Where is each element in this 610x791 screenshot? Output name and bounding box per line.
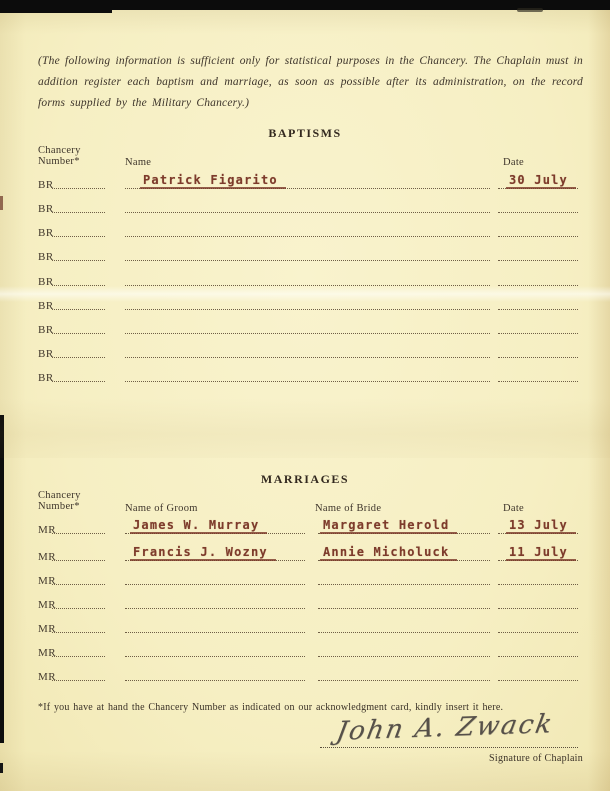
- row-prefix: BR: [38, 300, 54, 312]
- name-line: [125, 260, 490, 261]
- name-line: [125, 285, 490, 286]
- date-line: [498, 584, 578, 585]
- groom-line: [125, 680, 305, 681]
- groom-line: [125, 632, 305, 633]
- name-line: [125, 236, 490, 237]
- date-line: [498, 309, 578, 310]
- name-line: [125, 381, 490, 382]
- baptisms-title: BAPTISMS: [0, 126, 610, 141]
- signature-label: Signature of Chaplain: [489, 753, 583, 764]
- groom-name-value: Francis J. Wozny: [130, 545, 276, 561]
- name-line: [125, 333, 490, 334]
- marriage-row: MR Francis J. Wozny Annie Micholuck 11 J…: [0, 546, 610, 564]
- date-line: [498, 656, 578, 657]
- chancery-number-line: [52, 309, 105, 310]
- date-line: [498, 632, 578, 633]
- marriages-chancery-number-header: Chancery Number*: [38, 490, 81, 512]
- date-line: [498, 285, 578, 286]
- groom-line: [125, 584, 305, 585]
- baptism-row: BR: [0, 246, 610, 264]
- row-prefix: BR: [38, 203, 54, 215]
- row-prefix: BR: [38, 324, 54, 336]
- marriage-row: MR James W. Murray Margaret Herold 13 Ju…: [0, 519, 610, 537]
- marriage-row: MR: [0, 618, 610, 636]
- signature-line: [320, 729, 578, 748]
- bride-line: [318, 680, 490, 681]
- marriages-groom-header: Name of Groom: [125, 503, 198, 514]
- chancery-number-line: [52, 680, 105, 681]
- date-line: [498, 260, 578, 261]
- baptism-date-value: 30 July: [506, 173, 576, 189]
- row-prefix: MR: [38, 575, 56, 587]
- date-line: [498, 212, 578, 213]
- row-prefix: MR: [38, 551, 56, 563]
- date-line: [498, 680, 578, 681]
- chancery-header-line1: Chancery: [38, 145, 81, 156]
- marriages-date-header: Date: [503, 503, 524, 514]
- row-prefix: BR: [38, 227, 54, 239]
- date-line: [498, 381, 578, 382]
- chancery-header-line2: Number*: [38, 156, 81, 167]
- chancery-number-line: [52, 260, 105, 261]
- groom-line: [125, 608, 305, 609]
- scanner-left-edge-mark: [0, 763, 3, 773]
- baptisms-date-header: Date: [503, 157, 524, 168]
- chancery-number-line: [52, 632, 105, 633]
- row-prefix: BR: [38, 179, 54, 191]
- scanner-top-bar-left: [0, 0, 112, 13]
- chancery-number-line: [52, 656, 105, 657]
- bride-line: [318, 632, 490, 633]
- row-prefix: BR: [38, 348, 54, 360]
- row-prefix: MR: [38, 671, 56, 683]
- row-prefix: MR: [38, 623, 56, 635]
- marriage-date-value: 11 July: [506, 545, 576, 561]
- baptism-row: BR: [0, 295, 610, 313]
- chancery-number-line: [52, 560, 105, 561]
- date-line: [498, 333, 578, 334]
- chancery-header-line2: Number*: [38, 501, 81, 512]
- bride-line: [318, 608, 490, 609]
- chancery-number-line: [52, 333, 105, 334]
- chancery-number-line: [52, 608, 105, 609]
- row-prefix: MR: [38, 647, 56, 659]
- chancery-number-line: [52, 584, 105, 585]
- chancery-number-line: [52, 212, 105, 213]
- name-line: [125, 309, 490, 310]
- chancery-number-line: [52, 357, 105, 358]
- date-line: [498, 608, 578, 609]
- baptism-row: BR: [0, 367, 610, 385]
- chancery-number-line: [52, 236, 105, 237]
- chancery-number-footnote: *If you have at hand the Chancery Number…: [38, 702, 503, 713]
- date-line: [498, 357, 578, 358]
- row-prefix: MR: [38, 524, 56, 536]
- name-line: [125, 357, 490, 358]
- marriages-title: MARRIAGES: [0, 472, 610, 487]
- scan-smudge: [517, 8, 543, 12]
- chancery-number-line: [52, 188, 105, 189]
- bride-name-value: Margaret Herold: [320, 518, 457, 534]
- bride-name-value: Annie Micholuck: [320, 545, 457, 561]
- baptism-row: BR: [0, 343, 610, 361]
- marriages-bride-header: Name of Bride: [315, 503, 381, 514]
- baptism-name-value: Patrick Figarito: [140, 173, 286, 189]
- baptisms-name-header: Name: [125, 157, 151, 168]
- marriage-row: MR: [0, 594, 610, 612]
- date-line: [498, 236, 578, 237]
- groom-name-value: James W. Murray: [130, 518, 267, 534]
- baptisms-chancery-number-header: Chancery Number*: [38, 145, 81, 167]
- name-line: [125, 212, 490, 213]
- chancery-header-line1: Chancery: [38, 490, 81, 501]
- paper-shading: [0, 398, 610, 458]
- scanned-chaplain-report-page: (The following information is sufficient…: [0, 0, 610, 791]
- row-prefix: BR: [38, 276, 54, 288]
- baptism-row: BR: [0, 271, 610, 289]
- bride-line: [318, 656, 490, 657]
- baptism-row: BR: [0, 222, 610, 240]
- intro-paragraph: (The following information is sufficient…: [38, 51, 583, 114]
- chancery-number-line: [52, 381, 105, 382]
- baptism-row: BR: [0, 198, 610, 216]
- marriage-date-value: 13 July: [506, 518, 576, 534]
- baptism-row: BR Patrick Figarito 30 July: [0, 174, 610, 192]
- chancery-number-line: [52, 533, 105, 534]
- marriage-row: MR: [0, 666, 610, 684]
- chancery-number-line: [52, 285, 105, 286]
- row-prefix: BR: [38, 372, 54, 384]
- bride-line: [318, 584, 490, 585]
- row-prefix: MR: [38, 599, 56, 611]
- baptism-row: BR: [0, 319, 610, 337]
- row-prefix: BR: [38, 251, 54, 263]
- marriage-row: MR: [0, 570, 610, 588]
- marriage-row: MR: [0, 642, 610, 660]
- groom-line: [125, 656, 305, 657]
